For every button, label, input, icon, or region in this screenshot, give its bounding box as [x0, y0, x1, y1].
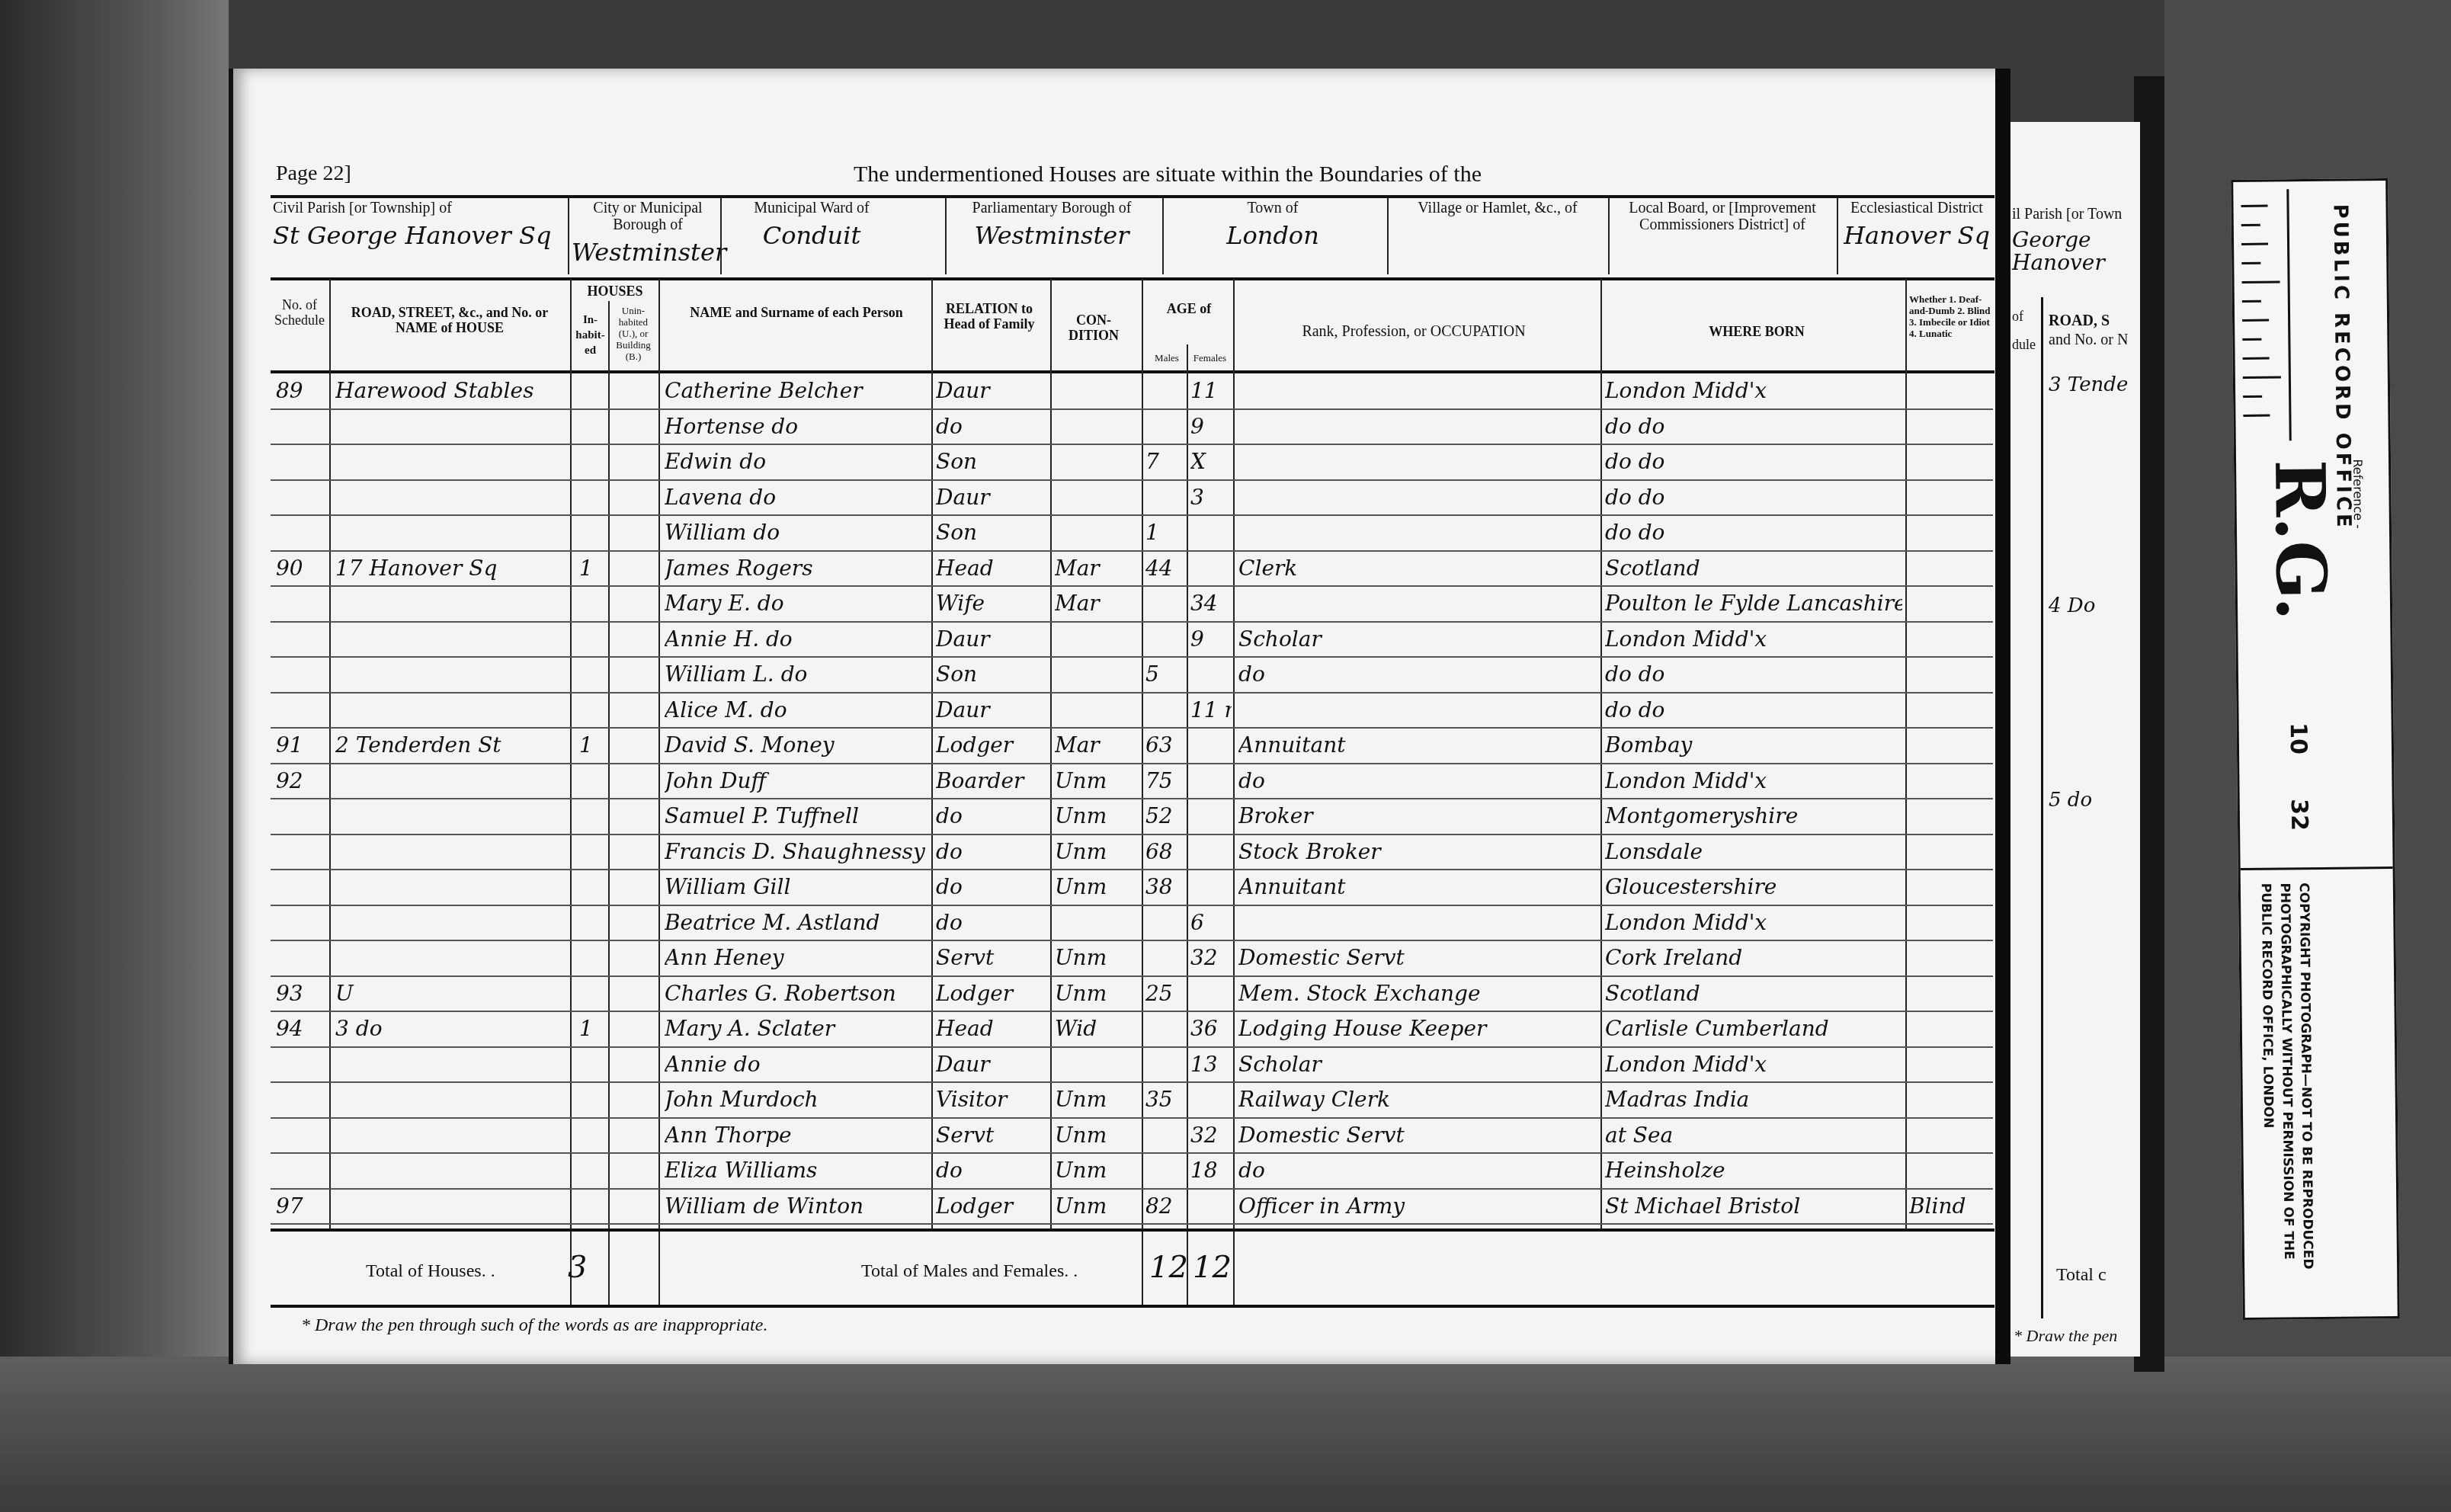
cell-where-born: Lonsdale: [1605, 839, 1902, 864]
cell-male-age: 68: [1145, 839, 1185, 864]
col-females: Females: [1189, 351, 1231, 366]
cell-infirmity: Blind: [1909, 1193, 1993, 1219]
cell-male-age: 82: [1145, 1193, 1185, 1219]
table-row: 912 Tenderden St1David S. MoneyLodgerMar…: [271, 729, 1993, 764]
cell-female-age: 32: [1190, 1123, 1232, 1148]
cell-where-born: Carlisle Cumberland: [1605, 1016, 1902, 1041]
cell-schedule: 94: [276, 1016, 326, 1041]
cell-occupation: Railway Clerk: [1238, 1087, 1597, 1112]
cell-where-born: London Midd'x: [1605, 626, 1902, 652]
cell-condition: Mar: [1055, 591, 1140, 616]
cell-name: Charles G. Robertson: [665, 981, 928, 1006]
cell-male-age: 5: [1145, 661, 1185, 687]
col-infirmity: Whether 1. Deaf-and-Dumb 2. Blind 3. Imb…: [1909, 293, 1993, 339]
cell-relation: Daur: [936, 626, 1049, 652]
cell-where-born: Cork Ireland: [1605, 945, 1902, 970]
cell-road: U: [335, 981, 564, 1006]
table-row: William doSon1do do: [271, 517, 1993, 552]
cell-female-age: 32: [1190, 945, 1232, 970]
dark-background-bottom: [0, 1357, 2451, 1512]
cell-female-age: 13: [1190, 1052, 1232, 1077]
cell-name: Ann Heney: [665, 945, 928, 970]
col-name: NAME and Surname of each Person: [663, 305, 930, 320]
cell-female-age: 18: [1190, 1158, 1232, 1183]
cell-where-born: Madras India: [1605, 1087, 1902, 1112]
col-inhabited: In-habit-ed: [573, 312, 607, 358]
cell-name: John Murdoch: [665, 1087, 928, 1112]
piece-number: 10: [2285, 722, 2312, 754]
cell-name: Lavena do: [665, 485, 928, 510]
admin-parliamentary-borough: Parliamentary Borough of Westminster: [949, 200, 1155, 274]
table-row: 93UCharles G. RobertsonLodgerUnm25Mem. S…: [271, 978, 1993, 1013]
cell-female-age: 6: [1190, 910, 1232, 935]
table-row: Hortense dodo9do do: [271, 411, 1993, 446]
cell-condition: Unm: [1055, 1158, 1140, 1183]
cell-relation: Lodger: [936, 1193, 1049, 1219]
cell-where-born: London Midd'x: [1605, 378, 1902, 403]
dark-background-left: [0, 0, 229, 1512]
cell-relation: Son: [936, 449, 1049, 474]
cell-name: David S. Money: [665, 732, 928, 758]
folio-number: 32: [2286, 799, 2312, 831]
cell-inhabited: 1: [579, 556, 607, 581]
cell-road: Harewood Stables: [335, 378, 564, 403]
cell-male-age: 75: [1145, 768, 1185, 793]
table-row: Alice M. doDaur11 modo do: [271, 694, 1993, 729]
cell-relation: Head: [936, 556, 1049, 581]
cell-male-age: 7: [1145, 449, 1185, 474]
admin-village-hamlet: Village or Hamlet, &c., of: [1391, 200, 1604, 274]
cell-female-age: X: [1190, 449, 1232, 474]
total-houses-value: 3: [568, 1250, 587, 1285]
cell-condition: Unm: [1055, 803, 1140, 828]
cell-schedule: 92: [276, 768, 326, 793]
cell-occupation: Stock Broker: [1238, 839, 1597, 864]
page-number: Page 22]: [276, 162, 351, 186]
cell-condition: Unm: [1055, 1193, 1140, 1219]
col-where-born: WHERE BORN: [1608, 324, 1905, 339]
table-row: 9017 Hanover Sq1James RogersHeadMar44Cle…: [271, 553, 1993, 588]
cell-relation: do: [936, 1158, 1049, 1183]
cell-occupation: Annuitant: [1238, 874, 1597, 899]
cell-male-age: 1: [1145, 520, 1185, 545]
table-row: Mary E. doWifeMar34Poulton le Fylde Lanc…: [271, 588, 1993, 623]
cell-female-age: 9: [1190, 626, 1232, 652]
cell-relation: Head: [936, 1016, 1049, 1041]
cell-where-born: Scotland: [1605, 556, 1902, 581]
cell-name: Catherine Belcher: [665, 378, 928, 403]
cell-inhabited: 1: [579, 1016, 607, 1041]
cell-where-born: London Midd'x: [1605, 910, 1902, 935]
cell-where-born: Heinsholze: [1605, 1158, 1902, 1183]
cell-name: Edwin do: [665, 449, 928, 474]
cell-schedule: 97: [276, 1193, 326, 1219]
cell-condition: Unm: [1055, 1087, 1140, 1112]
book-gutter: [1995, 69, 2010, 1364]
cell-relation: Servt: [936, 945, 1049, 970]
cell-relation: Daur: [936, 378, 1049, 403]
divider: [271, 195, 1994, 198]
cell-where-born: do do: [1605, 449, 1902, 474]
cell-male-age: 52: [1145, 803, 1185, 828]
cell-occupation: do: [1238, 661, 1597, 687]
cell-occupation: Broker: [1238, 803, 1597, 828]
table-row: William L. doSon5dodo do: [271, 658, 1993, 694]
cell-female-age: 34: [1190, 591, 1232, 616]
series-code: R.G.: [2259, 460, 2341, 621]
cell-male-age: 38: [1145, 874, 1185, 899]
cell-name: Samuel P. Tuffnell: [665, 803, 928, 828]
cell-female-age: 9: [1190, 414, 1232, 439]
cell-name: Annie H. do: [665, 626, 928, 652]
copyright-notice: COPYRIGHT PHOTOGRAPH—NOT TO BE REPRODUCE…: [2256, 883, 2318, 1295]
admin-town: Town of London: [1166, 200, 1379, 274]
next-page-edge: il Parish [or Town George Hanover of dul…: [2010, 122, 2140, 1357]
admin-municipal-ward: Municipal Ward of Conduit: [724, 200, 899, 274]
table-row: Samuel P. TuffnelldoUnm52BrokerMontgomer…: [271, 800, 1993, 835]
cell-occupation: Mem. Stock Exchange: [1238, 981, 1597, 1006]
table-row: William GilldoUnm38AnnuitantGloucestersh…: [271, 871, 1993, 906]
cell-female-age: 11: [1190, 378, 1232, 403]
cell-schedule: 93: [276, 981, 326, 1006]
cell-where-born: do do: [1605, 485, 1902, 510]
cell-condition: Unm: [1055, 839, 1140, 864]
cell-relation: do: [936, 839, 1049, 864]
cell-occupation: Scholar: [1238, 1052, 1597, 1077]
cell-name: Mary A. Sclater: [665, 1016, 928, 1041]
col-relation: RELATION to Head of Family: [936, 301, 1043, 332]
col-houses: HOUSES: [573, 283, 657, 299]
cell-road: 2 Tenderden St: [335, 732, 564, 758]
admin-civil-parish: Civil Parish [or Township] of St George …: [273, 200, 562, 274]
table-row: Ann HeneyServtUnm32Domestic ServtCork Ir…: [271, 942, 1993, 977]
admin-local-board: Local Board, or [Improvement Commissione…: [1612, 200, 1833, 274]
cell-name: Beatrice M. Astland: [665, 910, 928, 935]
table-row: Annie H. doDaur9ScholarLondon Midd'x: [271, 623, 1993, 658]
cell-relation: do: [936, 874, 1049, 899]
admin-city-borough: City or Municipal Borough of Westminster: [572, 200, 724, 274]
cell-condition: Mar: [1055, 732, 1140, 758]
cell-where-born: London Midd'x: [1605, 768, 1902, 793]
cell-relation: Daur: [936, 697, 1049, 722]
public-record-office-reference-card: PUBLIC RECORD OFFICE Reference - R.G. 10…: [2231, 178, 2400, 1320]
cell-male-age: 44: [1145, 556, 1185, 581]
divider: [271, 1305, 1994, 1308]
table-row: 943 do1Mary A. SclaterHeadWid36Lodging H…: [271, 1013, 1993, 1048]
scale-ruler-icon: [2241, 189, 2291, 441]
cell-occupation: do: [1238, 1158, 1597, 1183]
cell-where-born: Gloucestershire: [1605, 874, 1902, 899]
cell-relation: Servt: [936, 1123, 1049, 1148]
total-males: 12: [1149, 1250, 1188, 1285]
cell-name: Mary E. do: [665, 591, 928, 616]
cell-name: William do: [665, 520, 928, 545]
cell-relation: Daur: [936, 485, 1049, 510]
cell-where-born: do do: [1605, 697, 1902, 722]
cell-where-born: Montgomeryshire: [1605, 803, 1902, 828]
cell-relation: Son: [936, 520, 1049, 545]
cell-relation: Boarder: [936, 768, 1049, 793]
table-row: Edwin doSon7Xdo do: [271, 446, 1993, 481]
table-row: Ann ThorpeServtUnm32Domestic Servtat Sea: [271, 1120, 1993, 1155]
cell-relation: Son: [936, 661, 1049, 687]
col-condition: CON-DITION: [1056, 312, 1132, 343]
col-age: AGE of: [1147, 301, 1231, 316]
cell-schedule: 89: [276, 378, 326, 403]
cell-name: James Rogers: [665, 556, 928, 581]
cell-male-age: 25: [1145, 981, 1185, 1006]
total-houses-label: Total of Houses. .: [366, 1261, 495, 1282]
divider: [271, 370, 1994, 373]
cell-name: John Duff: [665, 768, 928, 793]
total-females: 12: [1193, 1250, 1232, 1285]
cell-occupation: Lodging House Keeper: [1238, 1016, 1597, 1041]
reference-label: Reference -: [2350, 459, 2366, 529]
cell-condition: Unm: [1055, 874, 1140, 899]
col-uninhabited: Unin-habited (U.), or Building (B.): [610, 305, 657, 362]
cell-female-age: 36: [1190, 1016, 1232, 1041]
table-row: John MurdochVisitorUnm35Railway ClerkMad…: [271, 1084, 1993, 1119]
cell-name: William de Winton: [665, 1193, 928, 1219]
cell-where-born: Poulton le Fylde Lancashire: [1605, 591, 1902, 616]
cell-occupation: Scholar: [1238, 626, 1597, 652]
cell-relation: do: [936, 414, 1049, 439]
cell-road: 3 do: [335, 1016, 564, 1041]
cell-relation: Wife: [936, 591, 1049, 616]
cell-occupation: do: [1238, 768, 1597, 793]
cell-name: William Gill: [665, 874, 928, 899]
cell-occupation: Domestic Servt: [1238, 945, 1597, 970]
table-row: 97William de WintonLodgerUnm82Officer in…: [271, 1190, 1993, 1225]
cell-occupation: Officer in Army: [1238, 1193, 1597, 1219]
table-row: Lavena doDaur3do do: [271, 482, 1993, 517]
table-row: Francis D. ShaughnessydoUnm68Stock Broke…: [271, 836, 1993, 871]
admin-ecclesiastical-district: Ecclesiastical District Hanover Sq: [1841, 200, 1993, 274]
cell-name: Ann Thorpe: [665, 1123, 928, 1148]
col-males: Males: [1147, 351, 1187, 366]
cell-where-born: do do: [1605, 661, 1902, 687]
cell-name: Alice M. do: [665, 697, 928, 722]
cell-inhabited: 1: [579, 732, 607, 758]
table-row: 92John DuffBoarderUnm75doLondon Midd'x: [271, 765, 1993, 800]
cell-where-born: at Sea: [1605, 1123, 1902, 1148]
cell-name: Eliza Williams: [665, 1158, 928, 1183]
cell-schedule: 90: [276, 556, 326, 581]
cell-where-born: Scotland: [1605, 981, 1902, 1006]
cell-condition: Unm: [1055, 945, 1140, 970]
cell-condition: Wid: [1055, 1016, 1140, 1041]
divider: [271, 277, 1994, 280]
cell-occupation: Clerk: [1238, 556, 1597, 581]
cell-condition: Unm: [1055, 981, 1140, 1006]
col-occupation: Rank, Profession, or OCCUPATION: [1242, 324, 1585, 339]
cell-relation: Daur: [936, 1052, 1049, 1077]
cell-condition: Unm: [1055, 768, 1140, 793]
cell-relation: Lodger: [936, 732, 1049, 758]
cell-road: 17 Hanover Sq: [335, 556, 564, 581]
table-row: 89Harewood StablesCatherine BelcherDaur1…: [271, 375, 1993, 410]
cell-where-born: Bombay: [1605, 732, 1902, 758]
cell-name: Annie do: [665, 1052, 928, 1077]
cell-relation: do: [936, 910, 1049, 935]
divider: [271, 1228, 1994, 1232]
cell-condition: Unm: [1055, 1123, 1140, 1148]
table-row: Annie doDaur13ScholarLondon Midd'x: [271, 1049, 1993, 1084]
cell-name: William L. do: [665, 661, 928, 687]
cell-female-age: 3: [1190, 485, 1232, 510]
cell-relation: Visitor: [936, 1087, 1049, 1112]
col-schedule: No. of Schedule: [273, 297, 326, 328]
table-row: Eliza WilliamsdoUnm18doHeinsholze: [271, 1155, 1993, 1190]
col-road: ROAD, STREET, &c., and No. or NAME of HO…: [335, 305, 564, 335]
footnote: * Draw the pen through such of the words…: [301, 1315, 767, 1336]
cell-where-born: St Michael Bristol: [1605, 1193, 1902, 1219]
cell-name: Francis D. Shaughnessy: [665, 839, 928, 864]
cell-occupation: Annuitant: [1238, 732, 1597, 758]
cell-where-born: do do: [1605, 414, 1902, 439]
cell-occupation: Domestic Servt: [1238, 1123, 1597, 1148]
cell-relation: do: [936, 803, 1049, 828]
cell-schedule: 91: [276, 732, 326, 758]
cell-where-born: do do: [1605, 520, 1902, 545]
total-persons-label: Total of Males and Females. .: [861, 1261, 1078, 1282]
cell-female-age: 11 mo: [1190, 697, 1232, 722]
cell-male-age: 35: [1145, 1087, 1185, 1112]
cell-name: Hortense do: [665, 414, 928, 439]
boundaries-title: The undermentioned Houses are situate wi…: [854, 162, 1482, 187]
cell-relation: Lodger: [936, 981, 1049, 1006]
cell-condition: Mar: [1055, 556, 1140, 581]
cell-male-age: 63: [1145, 732, 1185, 758]
table-row: Beatrice M. Astlanddo6London Midd'x: [271, 907, 1993, 942]
cell-where-born: London Midd'x: [1605, 1052, 1902, 1077]
